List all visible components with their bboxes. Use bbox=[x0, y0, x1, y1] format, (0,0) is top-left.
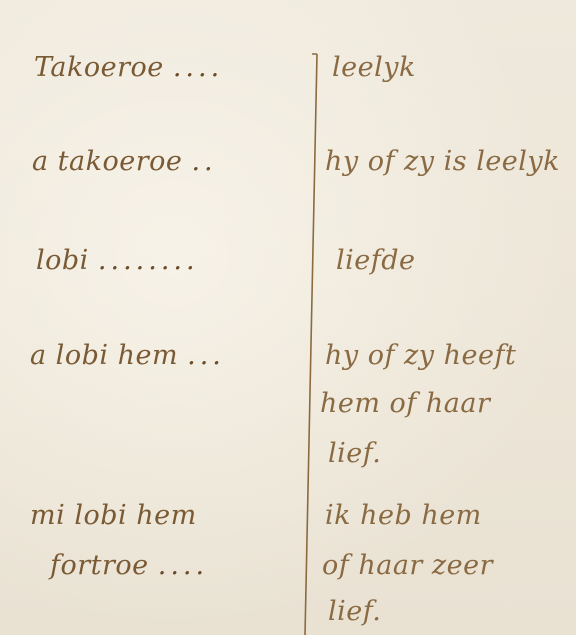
term-a-takoeroe: a takoeroe .. bbox=[32, 146, 217, 177]
translation-line: leelyk bbox=[332, 52, 416, 83]
translation-liefde: liefde bbox=[336, 245, 416, 276]
term-text: a lobi hem bbox=[30, 340, 178, 371]
translation-line: hy of zy is leelyk bbox=[325, 146, 560, 177]
translation-line: liefde bbox=[336, 245, 416, 276]
translation-line: hem of haar bbox=[320, 388, 490, 419]
translation-hy-of-zy-is-leelyk: hy of zy is leelyk bbox=[325, 146, 560, 177]
term-text: lobi bbox=[36, 245, 89, 276]
term-text: Takoeroe bbox=[34, 52, 164, 83]
dot-leader: ... bbox=[187, 340, 225, 371]
translation-line: hy of zy heeft bbox=[325, 340, 516, 371]
translation-line-2: of haar zeer bbox=[322, 550, 493, 581]
dot-leader: ........ bbox=[98, 245, 199, 276]
term-text: a takoeroe bbox=[32, 146, 182, 177]
term-mi-lobi-hem: mi lobi hem bbox=[30, 500, 197, 531]
translation-line-3: lief. bbox=[328, 438, 381, 469]
term-text: mi lobi hem bbox=[30, 500, 197, 531]
term-lobi: lobi ........ bbox=[36, 245, 199, 276]
dot-leader: .. bbox=[191, 146, 216, 177]
term-takoeroe: Takoeroe .... bbox=[34, 52, 223, 83]
column-divider-rule bbox=[0, 0, 576, 635]
term-a-lobi-hem: a lobi hem ... bbox=[30, 340, 225, 371]
translation-line: lief. bbox=[328, 596, 381, 627]
dot-leader: .... bbox=[158, 550, 208, 581]
translation-line-1: ik heb hem bbox=[325, 500, 482, 531]
term-fortroe: fortroe .... bbox=[50, 550, 208, 581]
translation-leelyk: leelyk bbox=[332, 52, 416, 83]
translation-line: lief. bbox=[328, 438, 381, 469]
term-text: fortroe bbox=[50, 550, 149, 581]
translation-line: of haar zeer bbox=[322, 550, 493, 581]
dot-leader: .... bbox=[173, 52, 223, 83]
translation-line: ik heb hem bbox=[325, 500, 482, 531]
translation-line-3: lief. bbox=[328, 596, 381, 627]
translation-line-1: hy of zy heeft bbox=[325, 340, 516, 371]
manuscript-page: Takoeroe .... leelyk a takoeroe .. hy of… bbox=[0, 0, 576, 635]
translation-line-2: hem of haar bbox=[320, 388, 490, 419]
